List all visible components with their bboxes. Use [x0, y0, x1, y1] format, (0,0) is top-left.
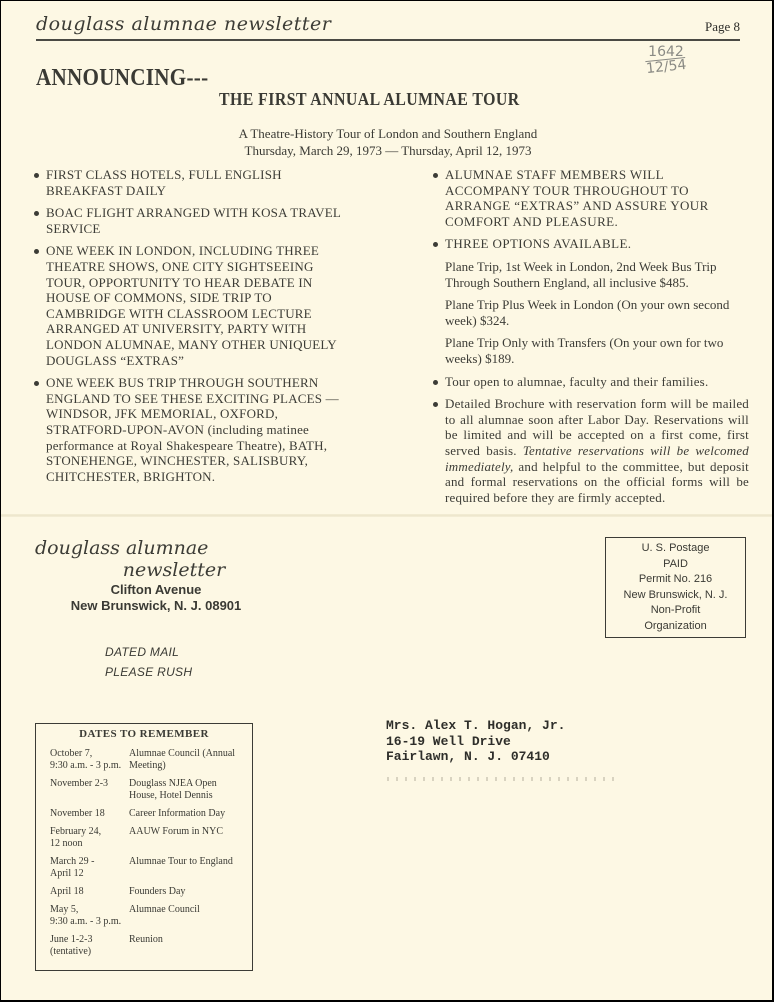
bullet-item: Tour open to alumnae, faculty and their …	[433, 374, 749, 390]
postage-line: Organization	[606, 619, 745, 635]
date-cell: May 5,9:30 a.m. - 3 p.m.	[36, 904, 129, 928]
date-cell: June 1-2-3(tentative)	[36, 934, 129, 958]
postage-indicia: U. S. Postage PAID Permit No. 216 New Br…	[605, 537, 746, 638]
date-row: November 18Career Information Day	[36, 808, 252, 820]
postage-line: PAID	[606, 557, 745, 573]
recipient-street: 16-19 Well Drive	[386, 734, 565, 750]
return-address: Clifton Avenue New Brunswick, N. J. 0890…	[41, 582, 271, 614]
return-street: Clifton Avenue	[41, 582, 271, 598]
date-cell: October 7,9:30 a.m. - 3 p.m.	[36, 748, 129, 772]
bullet-item: ONE WEEK BUS TRIP THROUGH SOUTHERN ENGLA…	[34, 375, 354, 484]
mail-notice-line2: PLEASE RUSH	[105, 662, 192, 682]
dates-list: October 7,9:30 a.m. - 3 p.m.Alumnae Coun…	[36, 748, 252, 958]
tour-dates: Thursday, March 29, 1973 — Thursday, Apr…	[1, 142, 772, 159]
masthead: douglass alumnae newsletter	[36, 13, 331, 35]
event-cell: Alumnae Tour to England	[129, 856, 244, 880]
event-cell: Career Information Day	[129, 808, 244, 820]
bullet-item: ONE WEEK IN LONDON, INCLUDING THREE THEA…	[34, 243, 354, 368]
event-cell: Alumnae Council	[129, 904, 244, 928]
return-city: New Brunswick, N. J. 08901	[41, 598, 271, 614]
option-item: Plane Trip, 1st Week in London, 2nd Week…	[433, 259, 749, 290]
event-cell: Alumnae Council (Annual Meeting)	[129, 748, 244, 772]
date-cell: April 18	[36, 886, 129, 898]
mailer-masthead: douglass alumnae newsletter	[35, 537, 285, 581]
date-row: February 24,12 noonAAUW Forum in NYC	[36, 826, 252, 850]
recipient-name: Mrs. Alex T. Hogan, Jr.	[386, 718, 565, 734]
handwritten-note: 1642 12/54	[641, 45, 691, 74]
postage-line: New Brunswick, N. J.	[606, 588, 745, 604]
recipient-address: Mrs. Alex T. Hogan, Jr. 16-19 Well Drive…	[386, 718, 565, 765]
option-item: Plane Trip Plus Week in London (On your …	[433, 297, 749, 328]
handwritten-note-bottom: 12/54	[645, 57, 687, 76]
mail-notice-line1: DATED MAIL	[105, 642, 192, 662]
postage-line: Non-Profit	[606, 603, 745, 619]
date-row: November 2-3Douglass NJEA Open House, Ho…	[36, 778, 252, 802]
mailer-masthead-line2: newsletter	[35, 559, 285, 581]
option-item: Plane Trip Only with Transfers (On your …	[433, 335, 749, 366]
date-row: October 7,9:30 a.m. - 3 p.m.Alumnae Coun…	[36, 748, 252, 772]
header-rule	[36, 39, 740, 41]
postage-line: U. S. Postage	[606, 541, 745, 557]
page-number: Page 8	[705, 19, 740, 35]
event-cell: Reunion	[129, 934, 244, 958]
event-cell: Douglass NJEA Open House, Hotel Dennis	[129, 778, 244, 802]
date-row: June 1-2-3(tentative)Reunion	[36, 934, 252, 958]
fold-line	[1, 514, 772, 517]
date-row: May 5,9:30 a.m. - 3 p.m.Alumnae Council	[36, 904, 252, 928]
bullet-item: THREE OPTIONS AVAILABLE.	[433, 236, 749, 252]
tour-description: A Theatre-History Tour of London and Sou…	[1, 125, 772, 142]
tour-title: THE FIRST ANNUAL ALUMNAE TOUR	[219, 89, 520, 110]
mailer-masthead-line1: douglass alumnae	[35, 537, 285, 559]
newsletter-page: douglass alumnae newsletter Page 8 1642 …	[1, 1, 772, 1000]
date-cell: February 24,12 noon	[36, 826, 129, 850]
postage-line: Permit No. 216	[606, 572, 745, 588]
tour-subtitle: A Theatre-History Tour of London and Sou…	[1, 125, 772, 159]
announcing-heading: ANNOUNCING---	[36, 65, 208, 92]
bullet-item: BOAC FLIGHT ARRANGED WITH KOSA TRAVEL SE…	[34, 205, 354, 236]
event-cell: Founders Day	[129, 886, 244, 898]
typewriter-smudge	[387, 777, 617, 781]
dates-box-title: DATES TO REMEMBER	[36, 728, 252, 740]
brochure-bullet: Detailed Brochure with reservation form …	[433, 396, 749, 505]
dates-to-remember-box: DATES TO REMEMBER October 7,9:30 a.m. - …	[35, 723, 253, 971]
right-column: ALUMNAE STAFF MEMBERS WILL ACCOMPANY TOU…	[433, 167, 749, 512]
mail-notice: DATED MAIL PLEASE RUSH	[105, 642, 192, 682]
recipient-city: Fairlawn, N. J. 07410	[386, 749, 565, 765]
date-row: April 18Founders Day	[36, 886, 252, 898]
date-cell: March 29 -April 12	[36, 856, 129, 880]
left-column: FIRST CLASS HOTELS, FULL ENGLISH BREAKFA…	[34, 167, 354, 491]
date-row: March 29 -April 12Alumnae Tour to Englan…	[36, 856, 252, 880]
date-cell: November 18	[36, 808, 129, 820]
bullet-item: FIRST CLASS HOTELS, FULL ENGLISH BREAKFA…	[34, 167, 354, 198]
event-cell: AAUW Forum in NYC	[129, 826, 244, 850]
date-cell: November 2-3	[36, 778, 129, 802]
bullet-item: ALUMNAE STAFF MEMBERS WILL ACCOMPANY TOU…	[433, 167, 749, 229]
